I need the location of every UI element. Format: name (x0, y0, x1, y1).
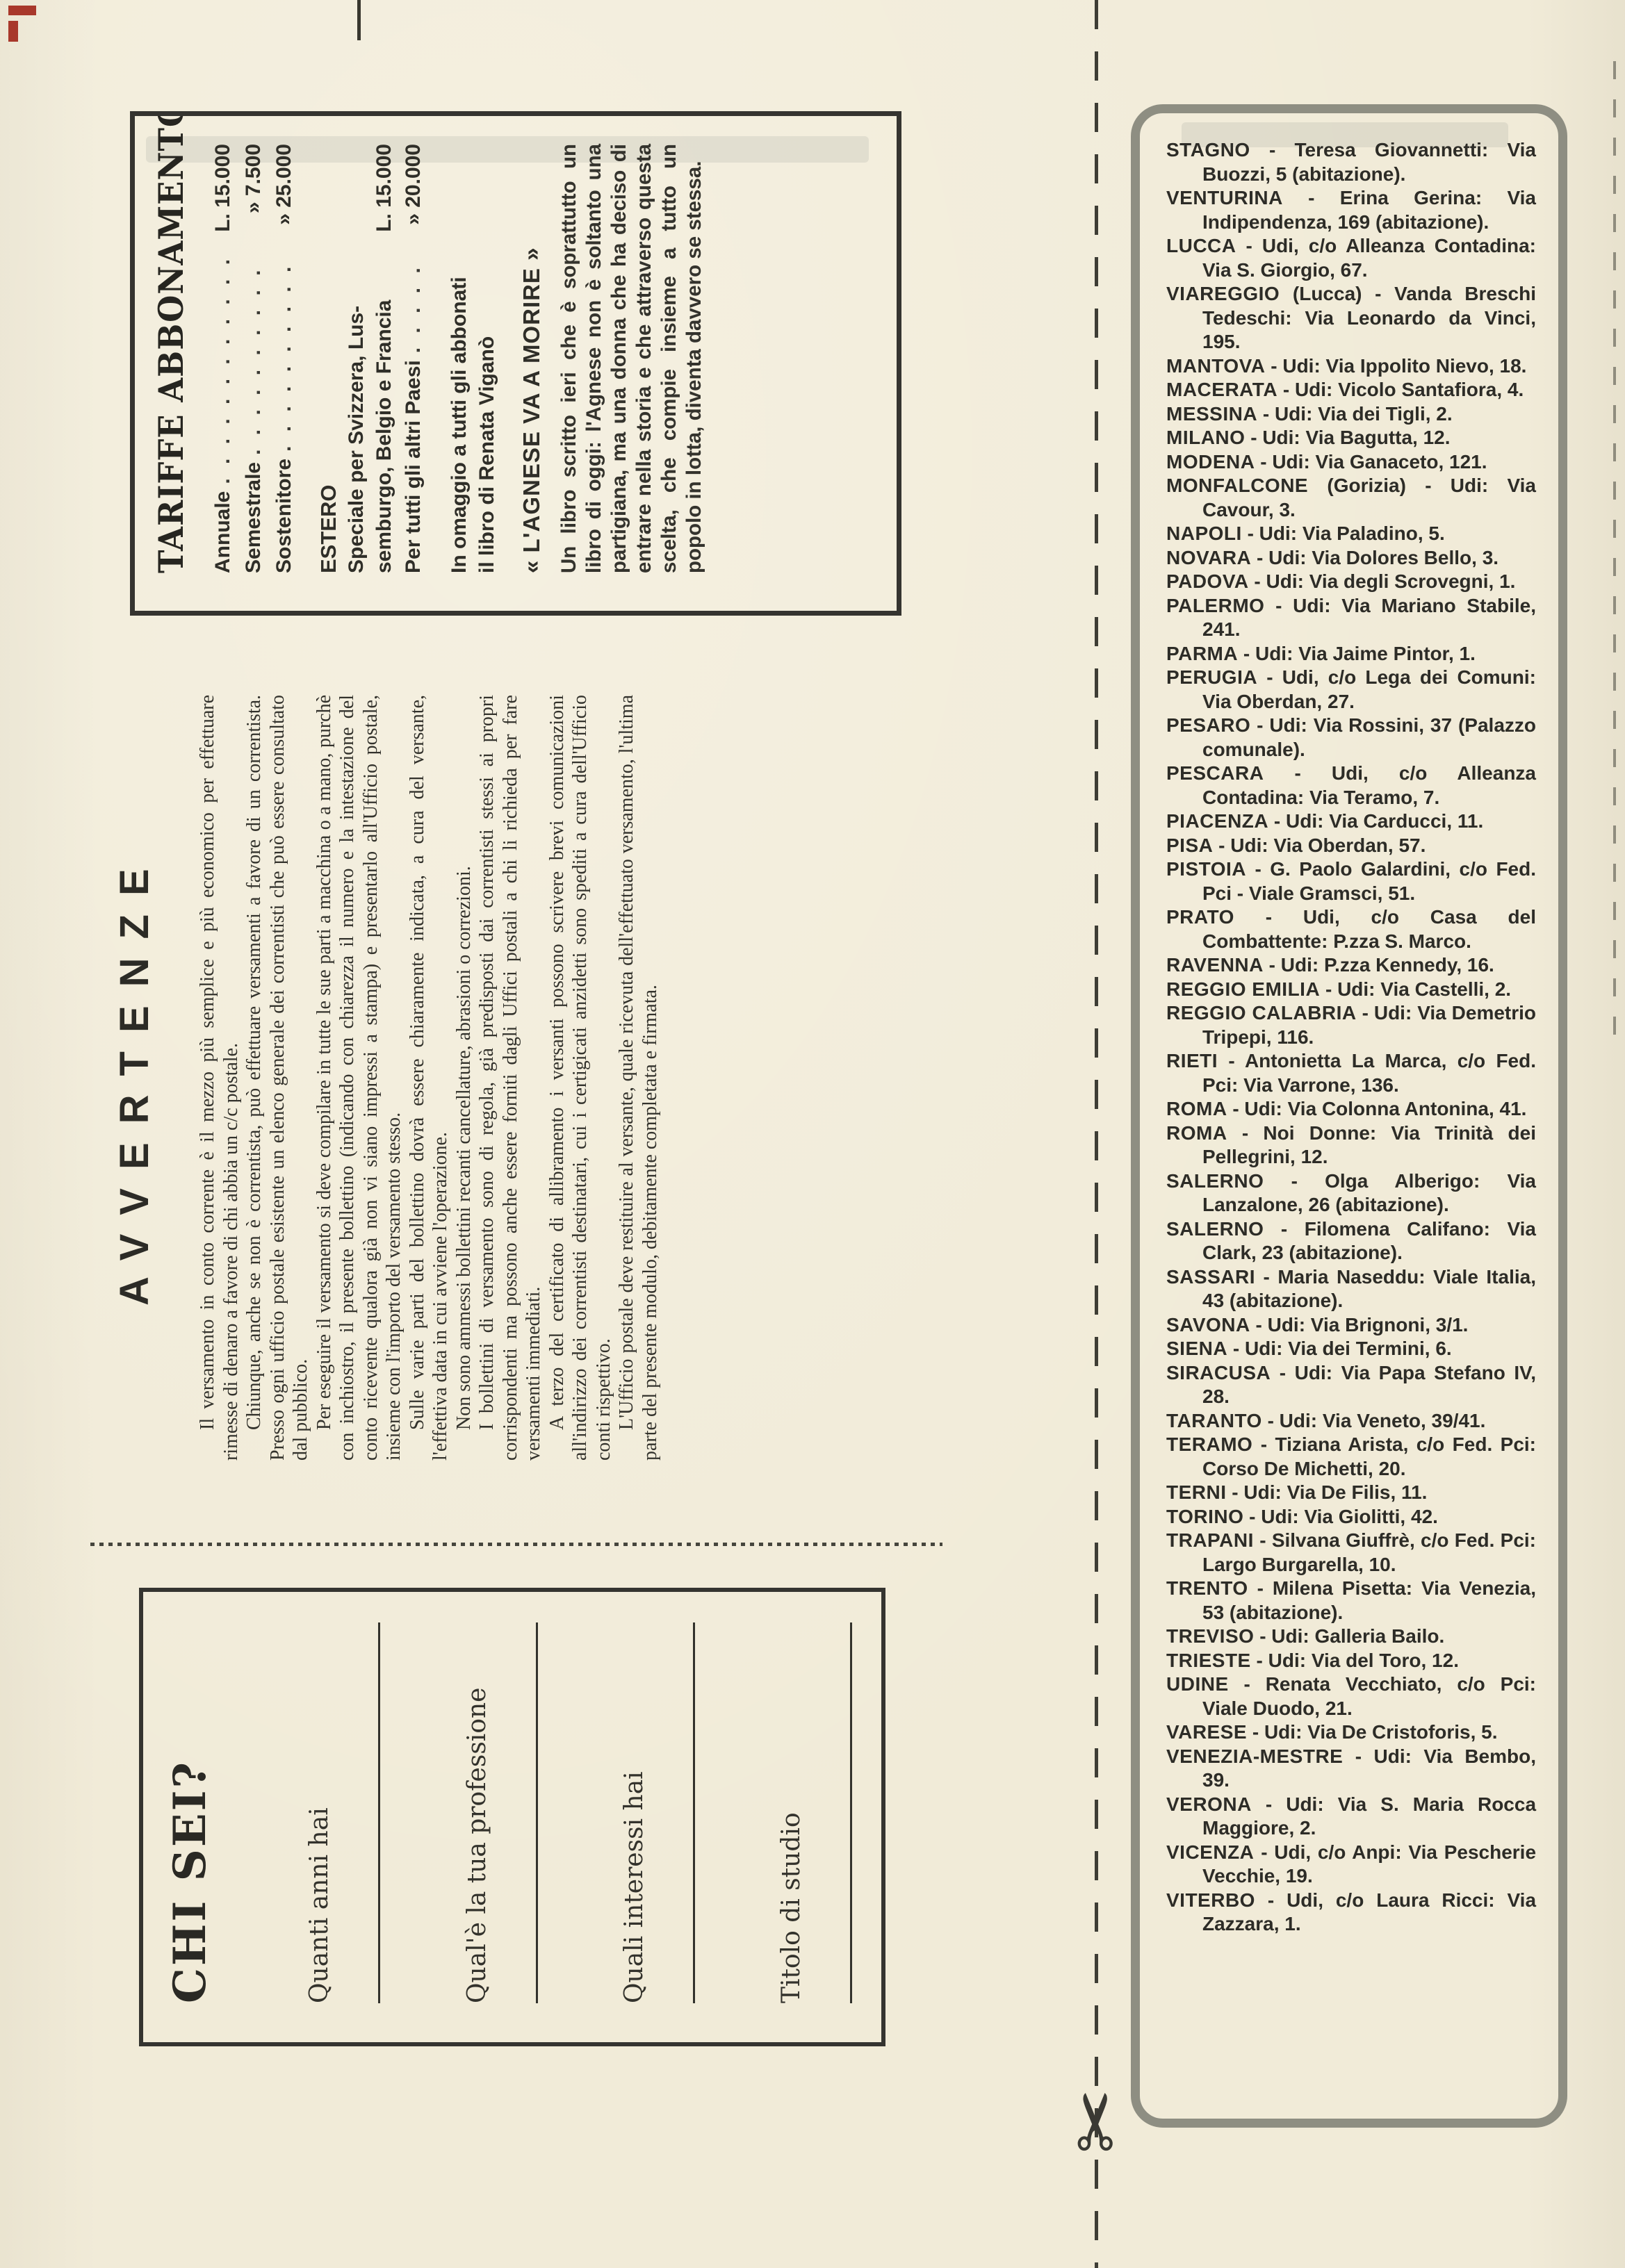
city-name: ROMA (1166, 1098, 1227, 1119)
list-item: TARANTO - Udi: Via Veneto, 39/41. (1166, 1409, 1536, 1433)
blank-answer-line (850, 1622, 852, 2003)
avvertenze-paragraph: Sulle varie parti del bollettino dovrà e… (406, 695, 452, 1461)
list-item: MONFALCONE (Gorizia) - Udi: Via Cavour, … (1166, 474, 1536, 522)
list-item: PIACENZA - Udi: Via Carducci, 11. (1166, 810, 1536, 834)
city-name: PALERMO (1166, 595, 1264, 616)
city-name: PADOVA (1166, 570, 1249, 592)
dotted-leader (269, 255, 300, 452)
city-name: MILANO (1166, 427, 1245, 448)
tariffe-row-sostenitore: Sostenitore » 25.000 (269, 144, 300, 573)
address-text: - Udi: Via S. Maria Rocca Maggiore, 2. (1202, 1793, 1536, 1839)
address-text: - Udi: Via Rossini, 37 (Palazzo comunale… (1202, 714, 1536, 760)
list-item: MODENA - Udi: Via Ganaceto, 121. (1166, 450, 1536, 475)
address-list: STAGNO - Teresa Giovannetti: Via Buozzi,… (1166, 138, 1536, 1937)
city-name: LUCCA (1166, 235, 1236, 256)
list-item: MESSINA - Udi: Via dei Tigli, 2. (1166, 402, 1536, 427)
city-name: SAVONA (1166, 1314, 1250, 1336)
city-name: MODENA (1166, 451, 1255, 472)
address-text: - Udi: Via De Filis, 11. (1232, 1481, 1427, 1503)
address-text: - Udi: Via dei Termini, 6. (1233, 1338, 1452, 1359)
city-name: MANTOVA (1166, 355, 1265, 377)
address-text: - Udi: Via Paladino, 5. (1248, 523, 1445, 544)
list-item: MILANO - Udi: Via Bagutta, 12. (1166, 426, 1536, 450)
address-text: - Udi: Via De Cristoforis, 5. (1252, 1721, 1498, 1743)
avvertenze-body-block: Il versamento in conto corrente è il mez… (196, 695, 897, 1461)
address-text: - Udi: Via dei Tigli, 2. (1263, 403, 1453, 425)
list-item: UDINE - Renata Vecchiato, c/o Pci: Viale… (1166, 1673, 1536, 1720)
city-name: PARMA (1166, 643, 1238, 664)
udi-address-list-box: STAGNO - Teresa Giovannetti: Via Buozzi,… (1131, 104, 1567, 2128)
address-text: - Udi: Via del Toro, 12. (1257, 1650, 1459, 1671)
list-item: TRENTO - Milena Pisetta: Via Venezia, 53… (1166, 1577, 1536, 1625)
list-item: RIETI - Antonietta La Marca, c/o Fed. Pc… (1166, 1049, 1536, 1097)
city-name: REGGIO CALABRIA (1166, 1002, 1357, 1024)
list-item: PADOVA - Udi: Via degli Scrovegni, 1. (1166, 570, 1536, 594)
tariffe-title: TARIFFE ABBONAMENTO (152, 144, 191, 573)
field-label: Titolo di studio (777, 1622, 806, 2003)
list-item: SALERNO - Filomena Califano: Via Clark, … (1166, 1217, 1536, 1265)
city-name: STAGNO (1166, 139, 1250, 161)
list-item: REGGIO CALABRIA - Udi: Via Demetrio Trip… (1166, 1001, 1536, 1049)
address-text: - Udi: Via Dolores Bello, 3. (1257, 547, 1499, 568)
city-name: PRATO (1166, 906, 1234, 928)
address-text: - Renata Vecchiato, c/o Pci: Viale Duodo… (1202, 1673, 1536, 1719)
estero-special-value: L. 15.000 (370, 144, 398, 232)
avvertenze-paragraph: A terzo del certificato di allibramento … (546, 695, 616, 1461)
address-text: - Udi: Via Ippolito Nievo, 18. (1271, 355, 1526, 377)
chi-sei-box: CHI SEI? Quanti anni hai Qual'è la tua p… (139, 1588, 885, 2046)
dotted-fold-line (90, 1543, 942, 1546)
list-item: NOVARA - Udi: Via Dolores Bello, 3. (1166, 546, 1536, 570)
city-name: SASSARI (1166, 1266, 1255, 1288)
estero-special-line1: Speciale per Svizzera, Lus- (343, 144, 370, 573)
gift-note: In omaggio a tutti gli abbonati il libro… (446, 144, 501, 573)
city-name: TRAPANI (1166, 1529, 1254, 1551)
list-item: RAVENNA - Udi: P.zza Kennedy, 16. (1166, 953, 1536, 978)
city-name: SALERNO (1166, 1170, 1264, 1192)
address-text: - Udi: Via Oberdan, 57. (1218, 835, 1426, 856)
dotted-leader (398, 255, 429, 353)
city-name: TRENTO (1166, 1577, 1248, 1599)
address-text: - Udi, c/o Alleanza Contadina: Via S. Gi… (1202, 235, 1536, 281)
list-item: SAVONA - Udi: Via Brignoni, 3/1. (1166, 1313, 1536, 1338)
city-name: VITERBO (1166, 1889, 1255, 1911)
list-item: TREVISO - Udi: Galleria Bailo. (1166, 1625, 1536, 1649)
list-item: SIRACUSA - Udi: Via Papa Stefano IV, 28. (1166, 1361, 1536, 1409)
address-text: - Udi: Via Carducci, 11. (1274, 810, 1483, 832)
list-item: REGGIO EMILIA - Udi: Via Castelli, 2. (1166, 978, 1536, 1002)
list-item: PARMA - Udi: Via Jaime Pintor, 1. (1166, 642, 1536, 666)
scanned-magazine-page: TARIFFE ABBONAMENTO Annuale L. 15.000 Se… (0, 0, 1625, 2268)
address-text: - Udi: Via degli Scrovegni, 1. (1254, 570, 1515, 592)
list-item: VARESE - Udi: Via De Cristoforis, 5. (1166, 1720, 1536, 1745)
city-name: TRIESTE (1166, 1650, 1251, 1671)
list-item: PISTOIA - G. Paolo Galardini, c/o Fed. P… (1166, 857, 1536, 905)
list-item: SASSARI - Maria Naseddu: Viale Italia, 4… (1166, 1265, 1536, 1313)
address-text: - Udi: Galleria Bailo. (1259, 1625, 1444, 1647)
estero-heading: ESTERO (315, 144, 343, 573)
tariffe-label: Semestrale (238, 462, 269, 573)
gift-line1: In omaggio a tutti gli abbonati (446, 144, 473, 573)
city-name: MESSINA (1166, 403, 1257, 425)
list-item: TRIESTE - Udi: Via del Toro, 12. (1166, 1649, 1536, 1673)
avvertenze-paragraph: Per eseguire il versamento si deve compi… (313, 695, 406, 1461)
tariffe-value: » 25.000 (269, 144, 300, 248)
address-text: - Udi: Via Ganaceto, 121. (1260, 451, 1487, 472)
list-item: VENEZIA-MESTRE - Udi: Via Bembo, 39. (1166, 1745, 1536, 1793)
avvertenze-paragraph: Non sono ammessi bollettini recanti canc… (452, 695, 476, 1461)
list-item: VERONA - Udi: Via S. Maria Rocca Maggior… (1166, 1793, 1536, 1841)
city-name: PESCARA (1166, 762, 1264, 784)
address-text: - Teresa Giovannetti: Via Buozzi, 5 (abi… (1202, 139, 1536, 185)
chi-sei-field-profession: Qual'è la tua professione (380, 1622, 537, 2003)
avvertenze-paragraph: Il versamento in conto corrente è il mez… (196, 695, 243, 1461)
dotted-leader (238, 255, 269, 455)
gift-line2: il libro di Renata Viganò (473, 144, 501, 573)
list-item: PESARO - Udi: Via Rossini, 37 (Palazzo c… (1166, 714, 1536, 762)
avvertenze-paragraph: L'Ufficio postale deve restituire al ver… (615, 695, 662, 1461)
list-item: TRAPANI - Silvana Giuffrè, c/o Fed. Pci:… (1166, 1529, 1536, 1577)
city-name: SIENA (1166, 1338, 1227, 1359)
city-name: TREVISO (1166, 1625, 1254, 1647)
avvertenze-paragraph: I bollettini di versamento sono di regol… (475, 695, 546, 1461)
list-item: LUCCA - Udi, c/o Alleanza Contadina: Via… (1166, 234, 1536, 282)
address-text: - Antonietta La Marca, c/o Fed. Pci: Via… (1202, 1050, 1536, 1096)
estero-other-row: Per tutti gli altri Paesi » 20.000 (398, 144, 429, 573)
address-text: - Tiziana Arista, c/o Fed. Pci: Corso De… (1202, 1433, 1536, 1479)
address-text: - Udi: Via Colonna Antonina, 41. (1232, 1098, 1526, 1119)
list-item: TORINO - Udi: Via Giolitti, 42. (1166, 1505, 1536, 1529)
field-label: Qual'è la tua professione (463, 1622, 491, 2003)
list-item: PESCARA - Udi, c/o Alleanza Contadina: V… (1166, 762, 1536, 810)
address-text: - Udi: Via Castelli, 2. (1325, 978, 1511, 1000)
list-item: SALERNO - Olga Alberigo: Via Lanzalone, … (1166, 1169, 1536, 1217)
list-item: PISA - Udi: Via Oberdan, 57. (1166, 834, 1536, 858)
list-item: MACERATA - Udi: Vicolo Santafiora, 4. (1166, 378, 1536, 402)
city-name: VARESE (1166, 1721, 1247, 1743)
tariffe-abbonamento-box: TARIFFE ABBONAMENTO Annuale L. 15.000 Se… (130, 111, 901, 616)
avvertenze-paragraph: Chiunque, anche se non è correntista, pu… (243, 695, 313, 1461)
list-item: VICENZA - Udi, c/o Anpi: Via Pescherie V… (1166, 1841, 1536, 1889)
city-name: VENTURINA (1166, 187, 1283, 208)
city-name: RAVENNA (1166, 954, 1264, 976)
city-name: PISA (1166, 835, 1213, 856)
city-name: VICENZA (1166, 1841, 1254, 1863)
city-name: VIAREGGIO (1166, 283, 1280, 304)
list-item: PALERMO - Udi: Via Mariano Stabile, 241. (1166, 594, 1536, 642)
city-name: TERAMO (1166, 1433, 1252, 1455)
city-name: PIACENZA (1166, 810, 1268, 832)
estero-special-line2: semburgo, Belgio e Francia L. 15.000 (370, 144, 398, 573)
city-name: MONFALCONE (1166, 475, 1308, 496)
book-title: « L'AGNESE VA A MORIRE » (516, 144, 547, 573)
address-text: - Udi: Vicolo Santafiora, 4. (1283, 379, 1524, 400)
city-name: NAPOLI (1166, 523, 1242, 544)
address-text: - G. Paolo Galardini, c/o Fed. Pci - Via… (1202, 858, 1536, 904)
estero-other-label: Per tutti gli altri Paesi (398, 360, 429, 573)
tariffe-value: L. 15.000 (208, 144, 238, 248)
list-item: SIENA - Udi: Via dei Termini, 6. (1166, 1337, 1536, 1361)
city-name: TARANTO (1166, 1410, 1262, 1431)
address-text: - Udi: Via Veneto, 39/41. (1268, 1410, 1486, 1431)
tariffe-value: » 7.500 (238, 144, 269, 248)
registration-mark (8, 21, 18, 42)
city-name: UDINE (1166, 1673, 1229, 1695)
city-name: RIETI (1166, 1050, 1218, 1071)
dotted-leader (208, 255, 238, 484)
avvertenze-title-block: AVVERTENZE (96, 823, 172, 1306)
city-name: PESARO (1166, 714, 1250, 736)
city-name: PERUGIA (1166, 666, 1257, 688)
list-item: ROMA - Udi: Via Colonna Antonina, 41. (1166, 1097, 1536, 1121)
estero-other-value: » 20.000 (398, 144, 429, 248)
list-item: MANTOVA - Udi: Via Ippolito Nievo, 18. (1166, 354, 1536, 379)
city-name: VERONA (1166, 1793, 1252, 1815)
city-name: REGGIO EMILIA (1166, 978, 1320, 1000)
chi-sei-title: CHI SEI? (164, 1622, 216, 2003)
city-name: TERNI (1166, 1481, 1227, 1503)
address-text: - Udi, c/o Casa del Combattente: P.zza S… (1202, 906, 1536, 952)
tariffe-row-semestrale: Semestrale » 7.500 (238, 144, 269, 573)
chi-sei-field-education: Titolo di studio (695, 1622, 852, 2003)
print-tick-mark (357, 0, 361, 40)
list-item: TERNI - Udi: Via De Filis, 11. (1166, 1481, 1536, 1505)
tariffe-label: Sostenitore (269, 459, 300, 573)
list-item: STAGNO - Teresa Giovannetti: Via Buozzi,… (1166, 138, 1536, 186)
address-text: - Udi: Via Bagutta, 12. (1250, 427, 1450, 448)
avvertenze-title: AVVERTENZE (111, 850, 158, 1306)
tariffe-row-annuale: Annuale L. 15.000 (208, 144, 238, 573)
list-item: ROMA - Noi Donne: Via Trinità dei Pelleg… (1166, 1121, 1536, 1169)
address-text: - Noi Donne: Via Trinità dei Pellegrini,… (1202, 1122, 1536, 1168)
address-text: - Udi: Via Giolitti, 42. (1249, 1506, 1438, 1527)
address-text: - Udi: P.zza Kennedy, 16. (1269, 954, 1494, 976)
city-name: SIRACUSA (1166, 1362, 1271, 1383)
address-text: - Udi: Via Brignoni, 3/1. (1256, 1314, 1469, 1336)
list-item: VITERBO - Udi, c/o Laura Ricci: Via Zazz… (1166, 1889, 1536, 1937)
registration-mark (8, 6, 36, 15)
book-blurb: Un libro scritto ieri che è soprattutto … (557, 144, 707, 573)
chi-sei-field-interests: Quali interessi hai (538, 1622, 695, 2003)
vertical-cut-line (1095, 0, 1098, 2268)
list-item: TERAMO - Tiziana Arista, c/o Fed. Pci: C… (1166, 1433, 1536, 1481)
city-name: NOVARA (1166, 547, 1251, 568)
list-item: PERUGIA - Udi, c/o Lega dei Comuni: Via … (1166, 666, 1536, 714)
address-text: - Milena Pisetta: Via Venezia, 53 (abita… (1202, 1577, 1536, 1623)
city-name: SALERNO (1166, 1218, 1264, 1240)
right-edge-cut-line (1613, 61, 1616, 1041)
address-text: - Udi: Via Jaime Pintor, 1. (1243, 643, 1476, 664)
city-name: MACERATA (1166, 379, 1277, 400)
list-item: VENTURINA - Erina Gerina: Via Indipenden… (1166, 186, 1536, 234)
field-label: Quali interessi hai (620, 1622, 648, 2003)
list-item: VIAREGGIO (Lucca) - Vanda Breschi Tedesc… (1166, 282, 1536, 354)
city-name: ROMA (1166, 1122, 1227, 1144)
city-name: VENEZIA-MESTRE (1166, 1745, 1343, 1767)
city-name: TORINO (1166, 1506, 1243, 1527)
list-item: NAPOLI - Udi: Via Paladino, 5. (1166, 522, 1536, 546)
field-label: Quanti anni hai (305, 1622, 334, 2003)
tariffe-label: Annuale (208, 491, 238, 573)
city-name: PISTOIA (1166, 858, 1246, 880)
chi-sei-field-age: Quanti anni hai (223, 1622, 380, 2003)
estero-special-label: semburgo, Belgio e Francia (370, 300, 398, 573)
list-item: PRATO - Udi, c/o Casa del Combattente: P… (1166, 905, 1536, 953)
